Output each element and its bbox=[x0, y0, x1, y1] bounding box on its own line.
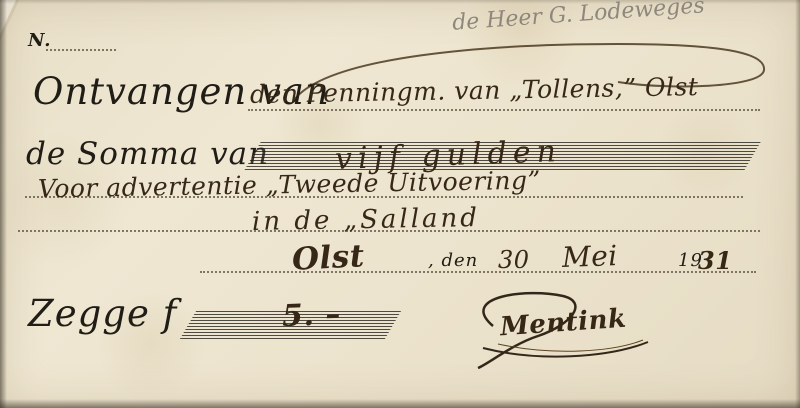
handwritten-amount-figures: 5. – bbox=[281, 297, 341, 334]
line1-dotted-line bbox=[248, 108, 760, 111]
handwritten-year-suffix: 31 bbox=[698, 246, 732, 275]
signature-block: Mentink bbox=[438, 286, 668, 371]
printed-zegge: Zegge f bbox=[28, 292, 177, 335]
handwritten-place: Olst bbox=[291, 238, 365, 278]
handwritten-day: 30 bbox=[498, 246, 530, 274]
printed-somma: de Somma van bbox=[26, 136, 269, 172]
printed-den: , den bbox=[428, 250, 478, 271]
handwritten-newspaper: in de „Salland bbox=[252, 203, 480, 237]
pencil-note: de Heer G. Lodeweges bbox=[451, 0, 705, 36]
receipt-paper: N. de Heer G. Lodeweges Ontvangen van de… bbox=[0, 0, 800, 408]
handwritten-month: Mei bbox=[561, 239, 618, 274]
number-dotted-line bbox=[46, 48, 116, 51]
